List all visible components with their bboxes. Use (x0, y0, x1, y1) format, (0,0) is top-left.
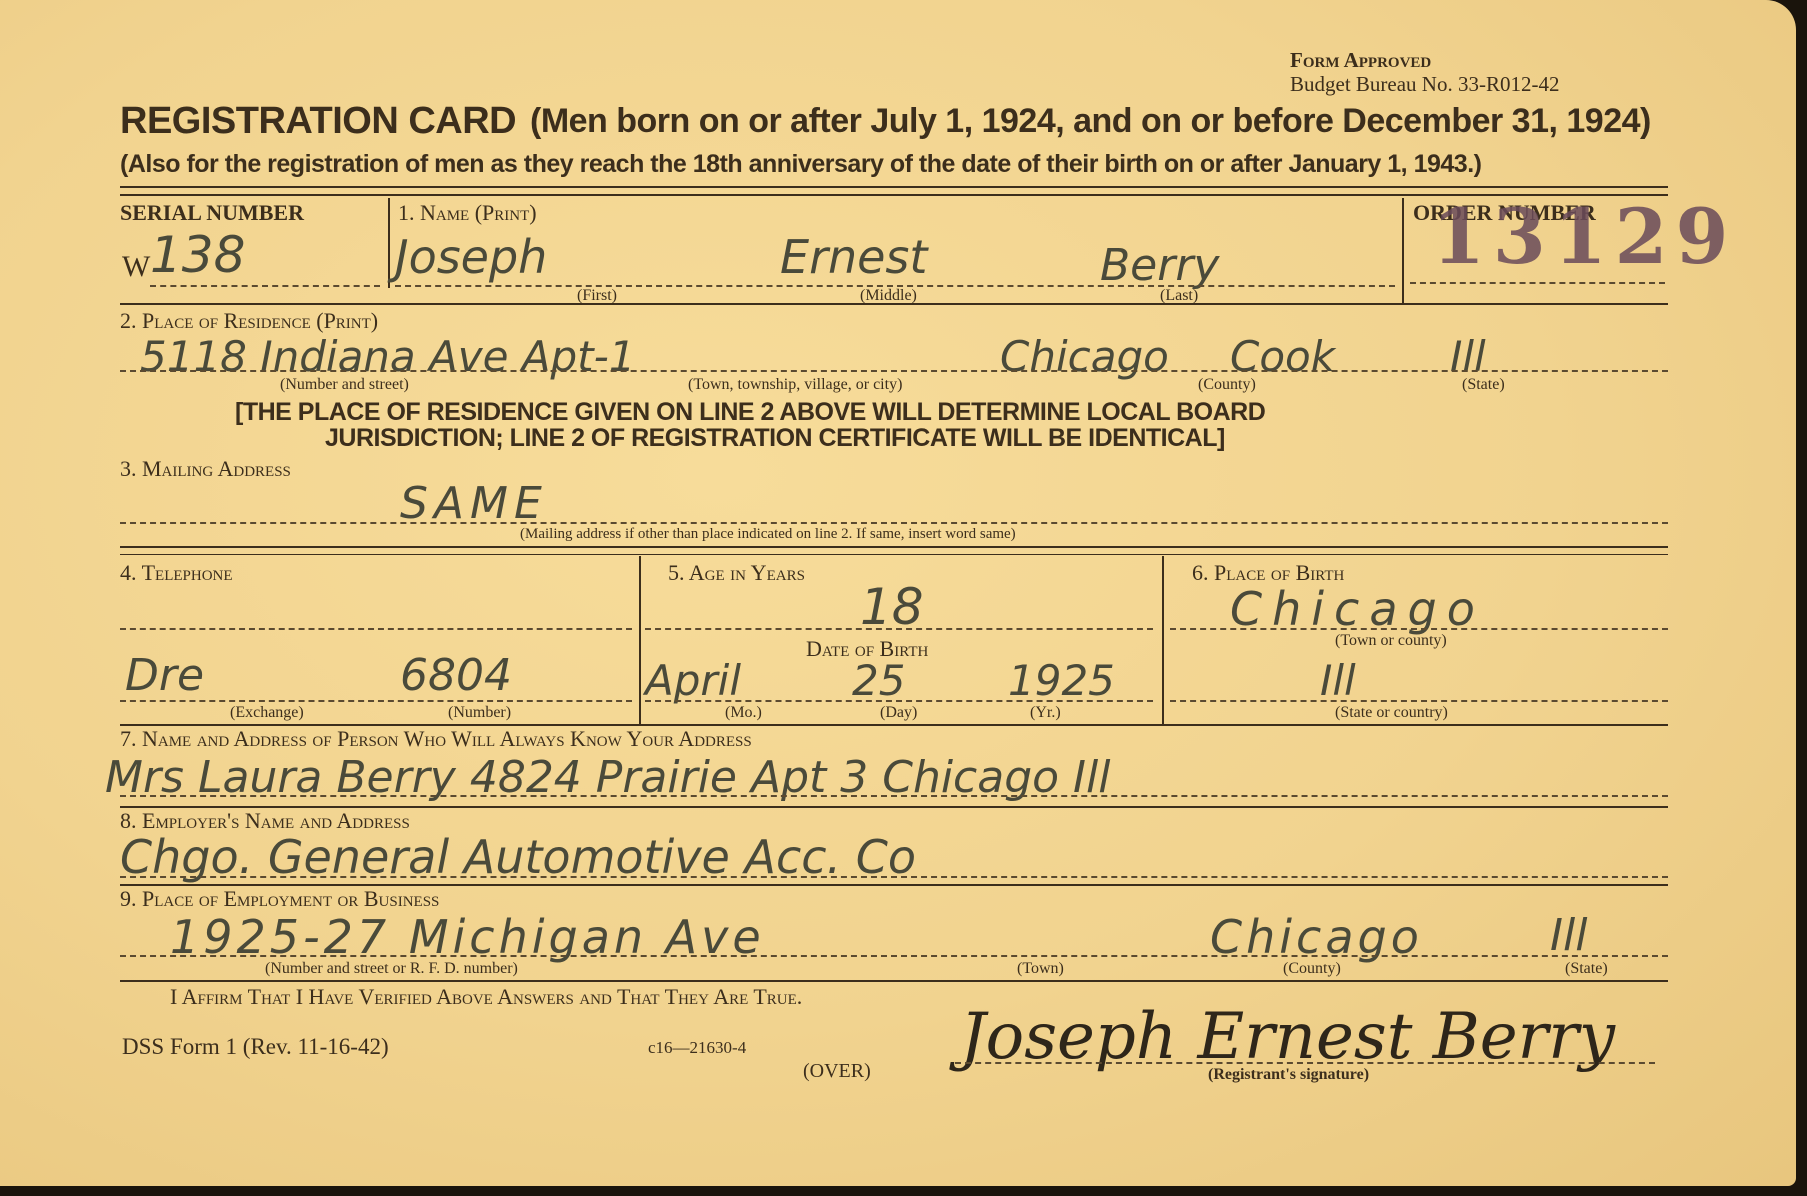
residence-street-value: 5118 Indiana Ave Apt-1 (140, 332, 636, 381)
street-caption: (Number and street) (280, 376, 409, 394)
affirmation-text: I Affirm That I Have Verified Above Answ… (170, 984, 802, 1010)
age-line (645, 628, 1153, 630)
birth-year-value: 1925 (1008, 656, 1115, 705)
divider (120, 303, 1668, 305)
day-caption: (Day) (880, 704, 917, 722)
residence-county-value: Cook (1230, 332, 1335, 381)
birth-state-value: Ill (1320, 656, 1356, 705)
telephone-number-value: 6804 (400, 650, 512, 701)
residence-notice-line-1: [THE PLACE OF RESIDENCE GIVEN ON LINE 2 … (235, 398, 1265, 427)
birth-state-line (1170, 700, 1668, 702)
age-label: 5. Age in Years (668, 560, 805, 586)
employment-street-caption: (Number and street or R. F. D. number) (265, 960, 518, 978)
divider (120, 546, 1668, 548)
employment-state-value: Ill (1550, 910, 1587, 961)
month-caption: (Mo.) (725, 704, 762, 722)
divider (388, 198, 390, 288)
divider (120, 186, 1668, 188)
order-number-stamp: 13129 (1432, 192, 1736, 281)
mailing-address-label: 3. Mailing Address (120, 456, 291, 482)
state-caption: (State) (1462, 376, 1505, 394)
serial-prefix: W (122, 250, 150, 284)
employer-line (120, 876, 1668, 878)
residence-town-value: Chicago (1000, 332, 1169, 381)
order-line (1410, 282, 1665, 284)
birth-month-value: April (645, 656, 741, 705)
telephone-line-2 (120, 700, 632, 702)
employment-town-caption: (Town) (1017, 960, 1064, 978)
serial-number-label: SERIAL NUMBER (120, 200, 304, 226)
residence-label: 2. Place of Residence (Print) (120, 308, 378, 334)
signature-caption: (Registrant's signature) (1208, 1066, 1369, 1084)
name-label: 1. Name (Print) (398, 200, 537, 226)
town-caption: (Town, township, village, or city) (688, 376, 902, 394)
telephone-label: 4. Telephone (120, 560, 233, 586)
signature-line (955, 1062, 1655, 1064)
divider (639, 556, 641, 724)
mailing-line (120, 522, 1668, 524)
year-caption: (Yr.) (1030, 704, 1061, 722)
serial-number-value: 138 (150, 226, 245, 284)
registration-card: Form Approved Budget Bureau No. 33-R012-… (0, 0, 1796, 1186)
divider (120, 980, 1668, 982)
last-name-value: Berry (1100, 240, 1219, 291)
form-approved-label: Form Approved (1290, 48, 1431, 73)
employment-state-caption: (State) (1565, 960, 1608, 978)
birth-day-value: 25 (852, 656, 905, 705)
mailing-caption: (Mailing address if other than place ind… (520, 526, 1016, 543)
town-or-county-caption: (Town or county) (1335, 632, 1447, 650)
county-caption: (County) (1198, 376, 1256, 394)
divider (1402, 198, 1404, 303)
print-code: c16—21630-4 (648, 1038, 746, 1058)
employment-county-caption: (County) (1283, 960, 1341, 978)
state-or-country-caption: (State or country) (1335, 704, 1448, 722)
first-name-value: Joseph (395, 230, 547, 284)
form-title-eligibility: (Men born on or after July 1, 1924, and … (530, 102, 1651, 141)
contact-label: 7. Name and Address of Person Who Will A… (120, 726, 752, 752)
budget-number: Budget Bureau No. 33-R012-42 (1290, 72, 1559, 97)
middle-name-value: Ernest (780, 230, 927, 284)
employment-label: 9. Place of Employment or Business (120, 886, 439, 912)
divider (120, 554, 1668, 555)
residence-state-value: Ill (1450, 332, 1486, 381)
form-number: DSS Form 1 (Rev. 11-16-42) (122, 1034, 389, 1060)
residence-line (120, 370, 1668, 372)
form-title: REGISTRATION CARD (120, 100, 516, 143)
exchange-caption: (Exchange) (230, 704, 304, 722)
dob-line (645, 700, 1153, 702)
residence-notice-line-2: JURISDICTION; LINE 2 OF REGISTRATION CER… (325, 424, 1225, 453)
number-caption: (Number) (448, 704, 511, 722)
telephone-exchange-value: Dre (125, 650, 204, 701)
contact-line (120, 795, 1668, 797)
over-label: (OVER) (803, 1060, 871, 1083)
employment-line (120, 955, 1668, 957)
divider (1162, 556, 1164, 724)
birth-town-line (1170, 628, 1668, 630)
form-subtitle: (Also for the registration of men as the… (120, 150, 1481, 179)
serial-line (150, 285, 380, 287)
telephone-line-1 (120, 628, 632, 630)
